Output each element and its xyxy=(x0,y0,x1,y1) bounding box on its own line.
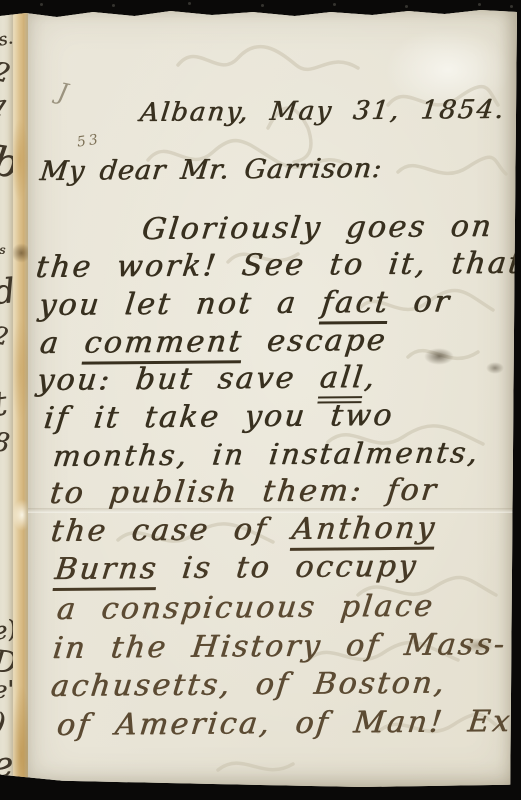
letter-paper: ls. 2 1 b ss d 2 t 8 ; e) D e' ) e xyxy=(0,10,517,787)
dateline: Albany, May 31, 1854. xyxy=(138,95,507,128)
underlined-word: comment xyxy=(82,324,245,364)
line-text: in the History of Mass- xyxy=(51,627,508,666)
margin-stroke-fragment: e' xyxy=(0,676,13,704)
margin-stroke-fragment: t xyxy=(0,383,9,425)
ink-smudge xyxy=(461,638,495,653)
salutation-text: My dear Mr. Garrison: xyxy=(38,153,384,187)
body-line-14: of America, of Man! Exp xyxy=(55,704,517,743)
line-text: escape xyxy=(241,323,389,359)
body-line-3: you let not a fact or xyxy=(37,284,453,323)
margin-stroke-fragment: ) xyxy=(0,706,8,743)
body-line-9: the case of Anthony xyxy=(49,511,438,549)
line-text: the work! See to it, that xyxy=(34,246,517,285)
underlined-word: fact xyxy=(319,285,391,325)
body-line-2: the work! See to it, that xyxy=(34,246,517,285)
line-text: of America, of Man! Exp xyxy=(55,704,517,743)
margin-stroke-fragment: e) xyxy=(0,614,13,646)
line-text: to publish them: for xyxy=(48,473,440,511)
line-text: a conspicuous place xyxy=(55,589,436,627)
line-text: Gloriously goes on xyxy=(140,209,495,247)
margin-stroke-fragment: e xyxy=(0,744,13,786)
margin-stroke-fragment: ss xyxy=(0,243,5,257)
body-line-6: if it take you two xyxy=(42,398,396,436)
backdrop-specks xyxy=(40,3,43,6)
body-line-12: in the History of Mass- xyxy=(51,627,508,666)
line-text: or xyxy=(387,284,453,320)
line-text: is to occupy xyxy=(156,549,420,586)
photo-of-letter: { "document_type": "photographed handwri… xyxy=(0,0,521,800)
margin-stroke-fragment: 1 xyxy=(0,94,11,122)
underlined-word: Burns xyxy=(53,551,160,591)
margin-stroke-fragment: d xyxy=(0,271,13,313)
line-text: you let not a xyxy=(37,286,324,323)
pencil-page-number: 53 xyxy=(76,131,102,150)
line-text: if it take you two xyxy=(42,398,396,436)
body-line-11: a conspicuous place xyxy=(55,589,436,627)
body-line-7: months, in instalments, xyxy=(51,435,481,473)
body-line-4: a comment escape xyxy=(38,323,389,361)
line-text: achusetts, of Boston, xyxy=(49,666,448,704)
adjacent-page-edge: ls. 2 1 b ss d 2 t 8 ; e) D e' ) e xyxy=(0,10,13,787)
salutation: My dear Mr. Garrison: xyxy=(38,153,384,187)
ink-smudge xyxy=(486,362,504,374)
double-underlined-word: all xyxy=(317,360,367,403)
body-line-5: you: but save all, xyxy=(35,360,379,398)
margin-stroke-fragment: 2 xyxy=(0,56,13,89)
margin-stroke-fragment: 2 xyxy=(0,321,11,351)
ink-smudge xyxy=(424,348,454,365)
letter-page: J 53 Albany, May 31, 1854. My dear Mr. G… xyxy=(28,10,517,787)
dateline-text: Albany, May 31, 1854. xyxy=(138,95,507,128)
body-line-1: Gloriously goes on xyxy=(140,209,495,247)
body-line-10: Burns is to occupy xyxy=(53,549,420,587)
line-text: you: but save xyxy=(35,361,322,398)
line-text: a xyxy=(38,326,86,361)
margin-stroke-fragment: 8 xyxy=(0,427,11,459)
margin-stroke-fragment: ls. xyxy=(0,28,13,52)
line-text: months, in instalments, xyxy=(51,435,481,473)
margin-stroke-fragment: b xyxy=(0,138,13,187)
line-text: the case of xyxy=(49,512,294,549)
body-line-13: achusetts, of Boston, xyxy=(49,666,448,704)
underlined-word: Anthony xyxy=(290,511,439,551)
body-line-8: to publish them: for xyxy=(48,473,440,511)
yellowed-fold-edge xyxy=(13,10,28,787)
